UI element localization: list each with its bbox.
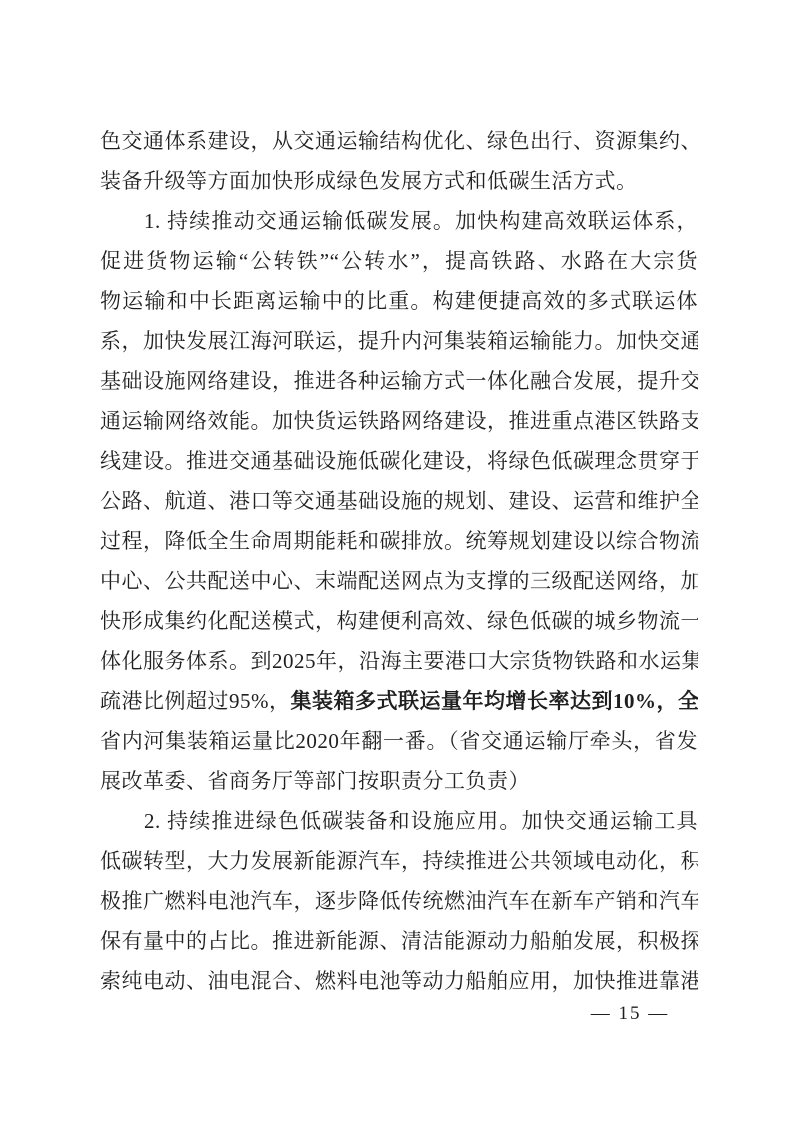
text-line: 疏港比例超过95%，集装箱多式联运量年均增长率达到10%，全 bbox=[100, 681, 698, 721]
text-line: 省内河集装箱运量比2020年翻一番。（省交通运输厅牵头，省发 bbox=[100, 721, 698, 761]
text-line: 快形成集约化配送模式，构建便利高效、绿色低碳的城乡物流一 bbox=[100, 601, 698, 641]
text-line: 极推广燃料电池汽车，逐步降低传统燃油汽车在新车产销和汽车 bbox=[100, 881, 698, 921]
text-run: 疏港比例超过95%， bbox=[100, 689, 291, 713]
document-page: 色交通体系建设，从交通运输结构优化、绿色出行、资源集约、 装备升级等方面加快形成… bbox=[0, 0, 794, 1123]
text-line: 展改革委、省商务厅等部门按职责分工负责） bbox=[100, 761, 698, 801]
text-line: 促进货物运输“公转铁”“公转水”，提高铁路、水路在大宗货 bbox=[100, 241, 698, 281]
text-line: 低碳转型，大力发展新能源汽车，持续推进公共领域电动化，积 bbox=[100, 841, 698, 881]
text-line: 体化服务体系。到2025年，沿海主要港口大宗货物铁路和水运集 bbox=[100, 641, 698, 681]
text-line: 过程，降低全生命周期能耗和碳排放。统筹规划建设以综合物流 bbox=[100, 521, 698, 561]
emphasized-text: 集装箱多式联运量年均增长率达到10%，全 bbox=[291, 689, 699, 713]
text-line-item-2: 2. 持续推进绿色低碳装备和设施应用。加快交通运输工具 bbox=[100, 801, 698, 841]
text-line: 线建设。推进交通基础设施低碳化建设，将绿色低碳理念贯穿于 bbox=[100, 441, 698, 481]
text-line: 索纯电动、油电混合、燃料电池等动力船舶应用，加快推进靠港 bbox=[100, 961, 698, 1001]
text-line-item-1: 1. 持续推动交通运输低碳发展。加快构建高效联运体系， bbox=[100, 201, 698, 241]
text-line: 色交通体系建设，从交通运输结构优化、绿色出行、资源集约、 bbox=[100, 121, 698, 161]
text-line: 通运输网络效能。加快货运铁路网络建设，推进重点港区铁路支 bbox=[100, 401, 698, 441]
page-number: — 15 — bbox=[560, 1001, 700, 1027]
text-line: 保有量中的占比。推进新能源、清洁能源动力船舶发展，积极探 bbox=[100, 921, 698, 961]
text-line: 系，加快发展江海河联运，提升内河集装箱运输能力。加快交通 bbox=[100, 321, 698, 361]
text-line: 装备升级等方面加快形成绿色发展方式和低碳生活方式。 bbox=[100, 161, 698, 201]
document-text-block: 色交通体系建设，从交通运输结构优化、绿色出行、资源集约、 装备升级等方面加快形成… bbox=[100, 121, 698, 1001]
text-line: 基础设施网络建设，推进各种运输方式一体化融合发展，提升交 bbox=[100, 361, 698, 401]
text-line: 公路、航道、港口等交通基础设施的规划、建设、运营和维护全 bbox=[100, 481, 698, 521]
text-line: 物运输和中长距离运输中的比重。构建便捷高效的多式联运体 bbox=[100, 281, 698, 321]
text-line: 中心、公共配送中心、末端配送网点为支撑的三级配送网络，加 bbox=[100, 561, 698, 601]
